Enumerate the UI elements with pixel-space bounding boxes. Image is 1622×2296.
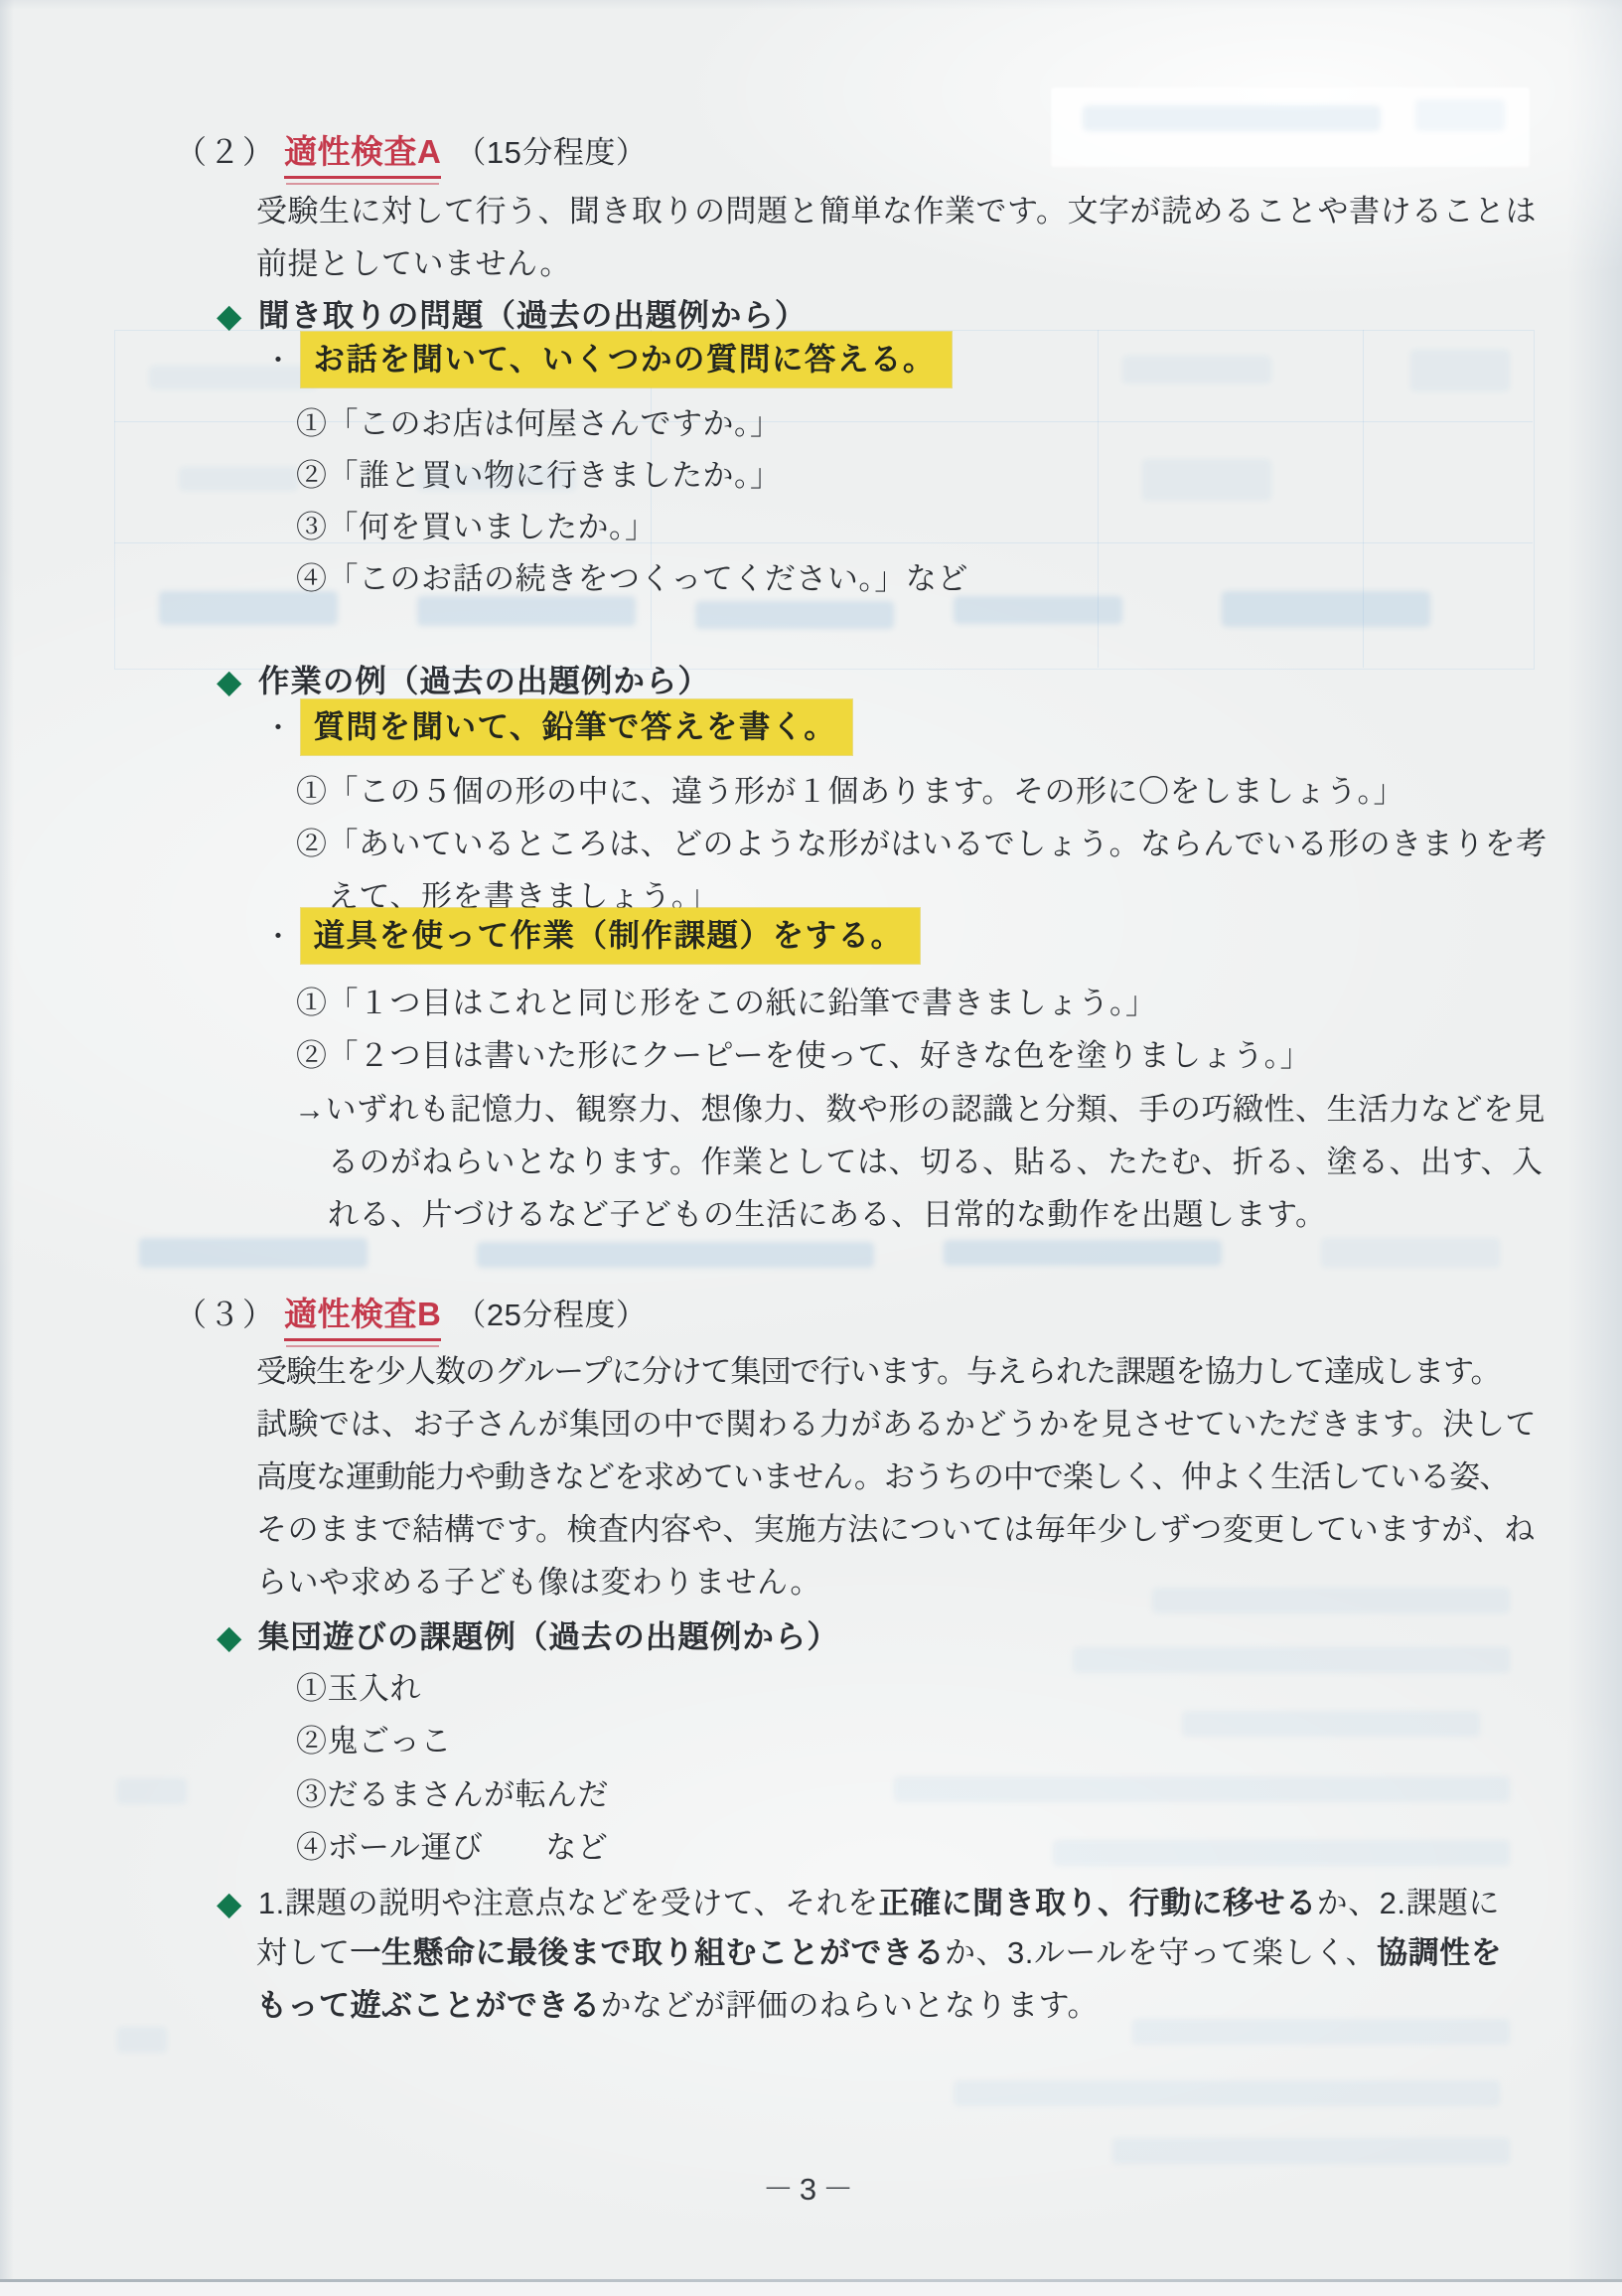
section-b-intro-line: 試験では、お子さんが集団の中で関わる力があるかどうかを見させていただきます。決し… bbox=[256, 1406, 1537, 1445]
work-craft-item: ②「２つ目は書いた形にクーピーを使って、好きな色を塗りましょう。」 bbox=[296, 1037, 1311, 1076]
section-a-intro-line: 前提としていません。 bbox=[256, 245, 571, 284]
document-content: （２）適性検査A（15分程度） 受験生に対して行う、聞き取りの問題と簡単な作業で… bbox=[0, 0, 1622, 2296]
listening-highlight: お話を聞いて、いくつかの質問に答える。 bbox=[301, 332, 952, 387]
listening-highlight-row: ・お話を聞いて、いくつかの質問に答える。 bbox=[264, 340, 952, 380]
section-a-duration: （15分程度） bbox=[455, 135, 647, 170]
evaluation-text: か、3.ルールを守って楽しく、 bbox=[945, 1935, 1377, 1970]
listening-item: ④「このお話の続きをつくってください。」など bbox=[296, 560, 968, 599]
diamond-bullet-icon: ◆ bbox=[217, 1883, 242, 1923]
work-craft-item: ①「１つ目はこれと同じ形をこの紙に鉛筆で書きましょう。」 bbox=[296, 985, 1157, 1023]
listening-heading: 聞き取りの問題（過去の出題例から） bbox=[258, 297, 808, 333]
listening-heading-row: ◆聞き取りの問題（過去の出題例から） bbox=[217, 294, 807, 336]
evaluation-text-bold: もって遊ぶことができる bbox=[256, 1988, 601, 2023]
evaluation-text: か、2.課題に bbox=[1317, 1886, 1500, 1920]
work-note-line: →いずれも記憶力、観察力、想像力、数や形の認識と分類、手の巧緻性、生活力などを見 bbox=[294, 1091, 1546, 1130]
section-a-heading: （２）適性検査A（15分程度） bbox=[175, 131, 647, 173]
evaluation-row-1: ◆1.課題の説明や注意点などを受けて、それを正確に聞き取り、行動に移せるか、2.… bbox=[217, 1882, 1500, 1923]
play-item: ④ボール運び など bbox=[296, 1829, 608, 1868]
evaluation-text: かなどが評価のねらいとなります。 bbox=[601, 1988, 1100, 2023]
section-b-intro-line: 受験生を少人数のグループに分けて集団で行います。与えられた課題を協力して達成しま… bbox=[256, 1353, 1501, 1392]
work-note-line: れる、片づけるなど子どもの生活にある、日常的な動作を出題します。 bbox=[328, 1196, 1327, 1235]
section-a-number: （２） bbox=[175, 134, 276, 170]
play-item: ③だるまさんが転んだ bbox=[296, 1776, 609, 1815]
dot-bullet-icon: ・ bbox=[264, 921, 293, 952]
section-b-intro-line: 高度な運動能力や動きなどを求めていません。おうちの中で楽しく、仲よく生活している… bbox=[256, 1458, 1509, 1497]
dot-bullet-icon: ・ bbox=[264, 345, 293, 376]
play-item: ②鬼ごっこ bbox=[296, 1723, 452, 1761]
evaluation-text: 1.課題の説明や注意点などを受けて、それを bbox=[258, 1886, 879, 1920]
section-b-intro-line: らいや求める子ども像は変わりません。 bbox=[256, 1564, 821, 1603]
evaluation-text: 対して bbox=[256, 1935, 351, 1970]
listening-item: ②「誰と買い物に行きましたか。」 bbox=[296, 457, 782, 496]
section-b-heading: （３）適性検査B（25分程度） bbox=[175, 1294, 647, 1335]
section-b-number: （３） bbox=[175, 1297, 276, 1332]
work-write-highlight: 質問を聞いて、鉛筆で答えを書く。 bbox=[301, 699, 853, 755]
evaluation-row-3: もって遊ぶことができるかなどが評価のねらいとなります。 bbox=[256, 1987, 1099, 2026]
evaluation-row-2: 対して一生懸命に最後まで取り組むことができるか、3.ルールを守って楽しく、協調性… bbox=[256, 1934, 1502, 1973]
play-heading-row: ◆集団遊びの課題例（過去の出題例から） bbox=[217, 1615, 839, 1657]
work-note-line: るのがねらいとなります。作業としては、切る、貼る、たたむ、折る、塗る、出す、入 bbox=[328, 1144, 1544, 1182]
page-number: －3－ bbox=[0, 2164, 1622, 2209]
diamond-bullet-icon: ◆ bbox=[217, 295, 242, 336]
work-craft-highlight-row: ・道具を使って作業（制作課題）をする。 bbox=[264, 916, 920, 956]
work-heading: 作業の例（過去の出題例から） bbox=[258, 663, 710, 698]
play-item: ①玉入れ bbox=[296, 1670, 421, 1709]
listening-item: ③「何を買いましたか。」 bbox=[296, 509, 657, 547]
section-b-intro-line: そのままで結構です。検査内容や、実施方法については毎年少しずつ変更していますが、… bbox=[256, 1511, 1536, 1550]
section-b-title: 適性検査B bbox=[284, 1296, 441, 1341]
diamond-bullet-icon: ◆ bbox=[217, 1616, 242, 1657]
work-write-highlight-row: ・質問を聞いて、鉛筆で答えを書く。 bbox=[264, 707, 852, 747]
section-a-intro-line: 受験生に対して行う、聞き取りの問題と簡単な作業です。文字が読めることや書けること… bbox=[256, 193, 1537, 231]
scan-bottom-margin bbox=[0, 2282, 1622, 2296]
play-heading: 集団遊びの課題例（過去の出題例から） bbox=[258, 1618, 839, 1654]
work-write-item: ②「あいているところは、どのような形がはいるでしょう。ならんでいる形のきまりを考 bbox=[296, 826, 1548, 864]
section-a-title: 適性検査A bbox=[284, 133, 441, 179]
work-heading-row: ◆作業の例（過去の出題例から） bbox=[217, 660, 710, 701]
evaluation-text-bold: 正確に聞き取り、行動に移せる bbox=[879, 1886, 1317, 1920]
scanned-document-page: （２）適性検査A（15分程度） 受験生に対して行う、聞き取りの問題と簡単な作業で… bbox=[0, 0, 1622, 2296]
section-b-duration: （25分程度） bbox=[455, 1298, 647, 1332]
diamond-bullet-icon: ◆ bbox=[217, 661, 242, 701]
evaluation-text-bold: 一生懸命に最後まで取り組むことができる bbox=[351, 1935, 946, 1970]
listening-item: ①「このお店は何屋さんですか。」 bbox=[296, 405, 782, 444]
work-craft-highlight: 道具を使って作業（制作課題）をする。 bbox=[301, 908, 920, 964]
work-write-item: ①「この５個の形の中に、違う形が１個あります。その形に〇をしましょう。」 bbox=[296, 773, 1404, 812]
dot-bullet-icon: ・ bbox=[264, 712, 293, 743]
evaluation-text-bold: 協調性を bbox=[1377, 1935, 1502, 1970]
